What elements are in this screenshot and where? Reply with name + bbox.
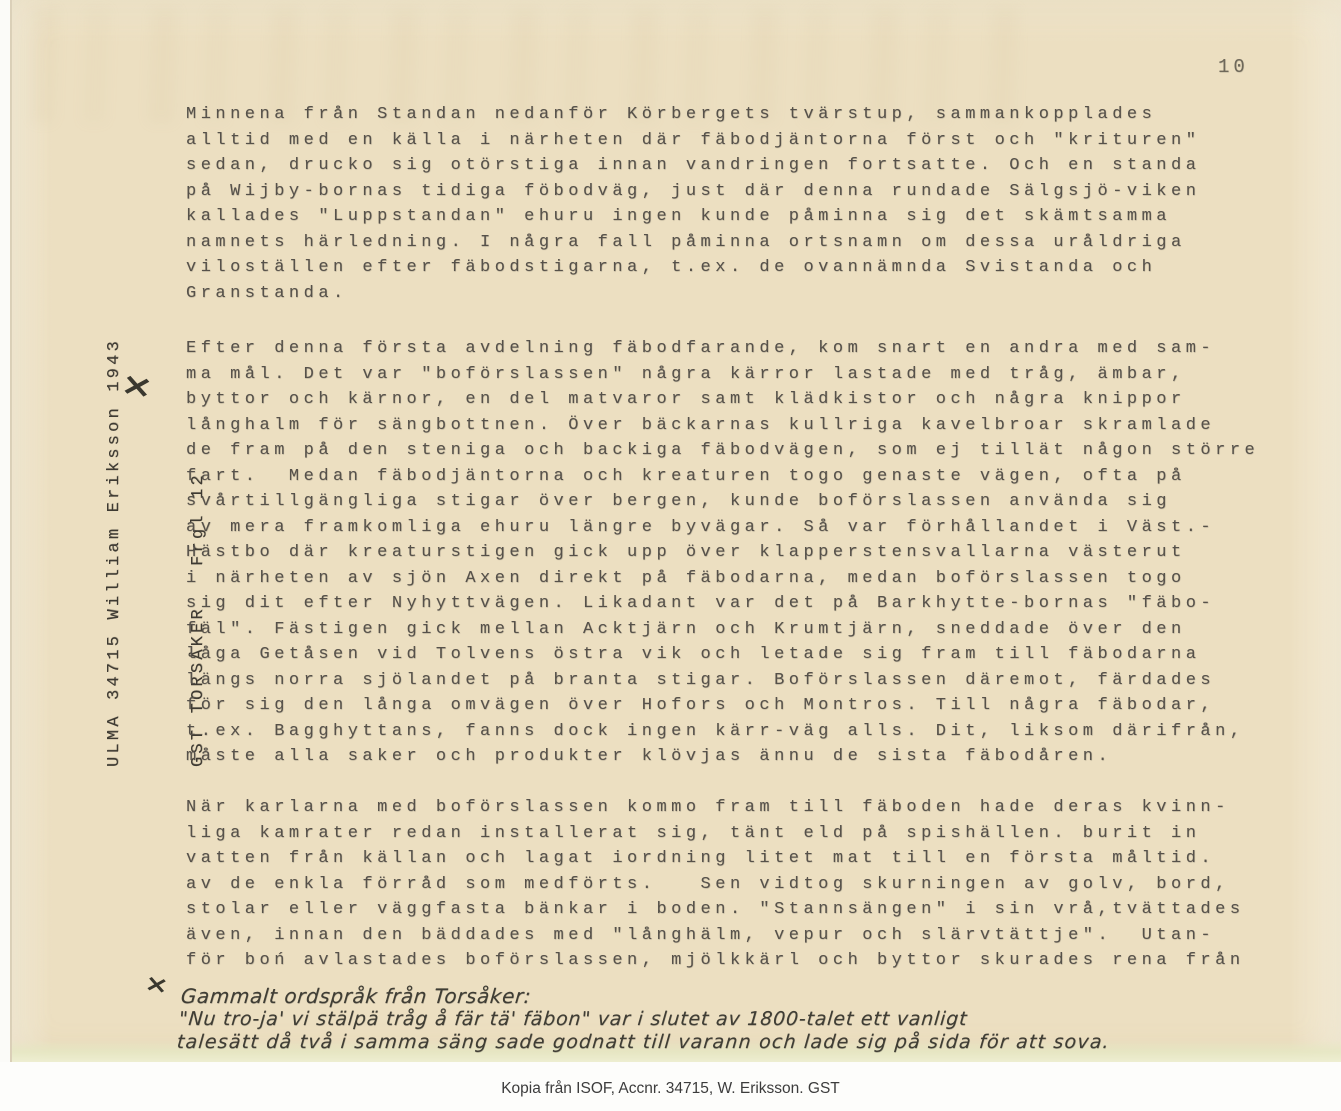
handwritten-note-proverb: "Nu tro-ja' vi stälpä tråg å fär tä' fäb… [178, 1008, 1335, 1031]
margin-x-mark: × [143, 970, 171, 1000]
screenshot-stage: 10 ULMA 34715 William Eriksson 1943 GST … [0, 0, 1341, 1111]
typed-paragraph-3: När karlarna med boförslassen kommo fram… [186, 795, 1245, 974]
page-number: 10 [1218, 56, 1249, 78]
archive-reference-sidebar: ULMA 34715 William Eriksson 1943 GST TOR… [45, 321, 101, 767]
archive-copy-caption: Kopia från ISOF, Accnr. 34715, W. Erikss… [0, 1080, 1341, 1098]
handwritten-note-explanation: talesätt då två i samma säng sade godnat… [176, 1031, 1333, 1054]
typed-paragraph-1: Minnena från Standan nedanför Körbergets… [186, 102, 1200, 306]
handwritten-note: Gammalt ordspråk från Torsåker: "Nu tro-… [176, 984, 1337, 1054]
typed-paragraph-2: Efter denna första avdelning fäbodfarand… [186, 336, 1259, 770]
handwritten-note-heading: Gammalt ordspråk från Torsåker: [180, 984, 1337, 1008]
margin-x-mark: × [118, 365, 156, 406]
